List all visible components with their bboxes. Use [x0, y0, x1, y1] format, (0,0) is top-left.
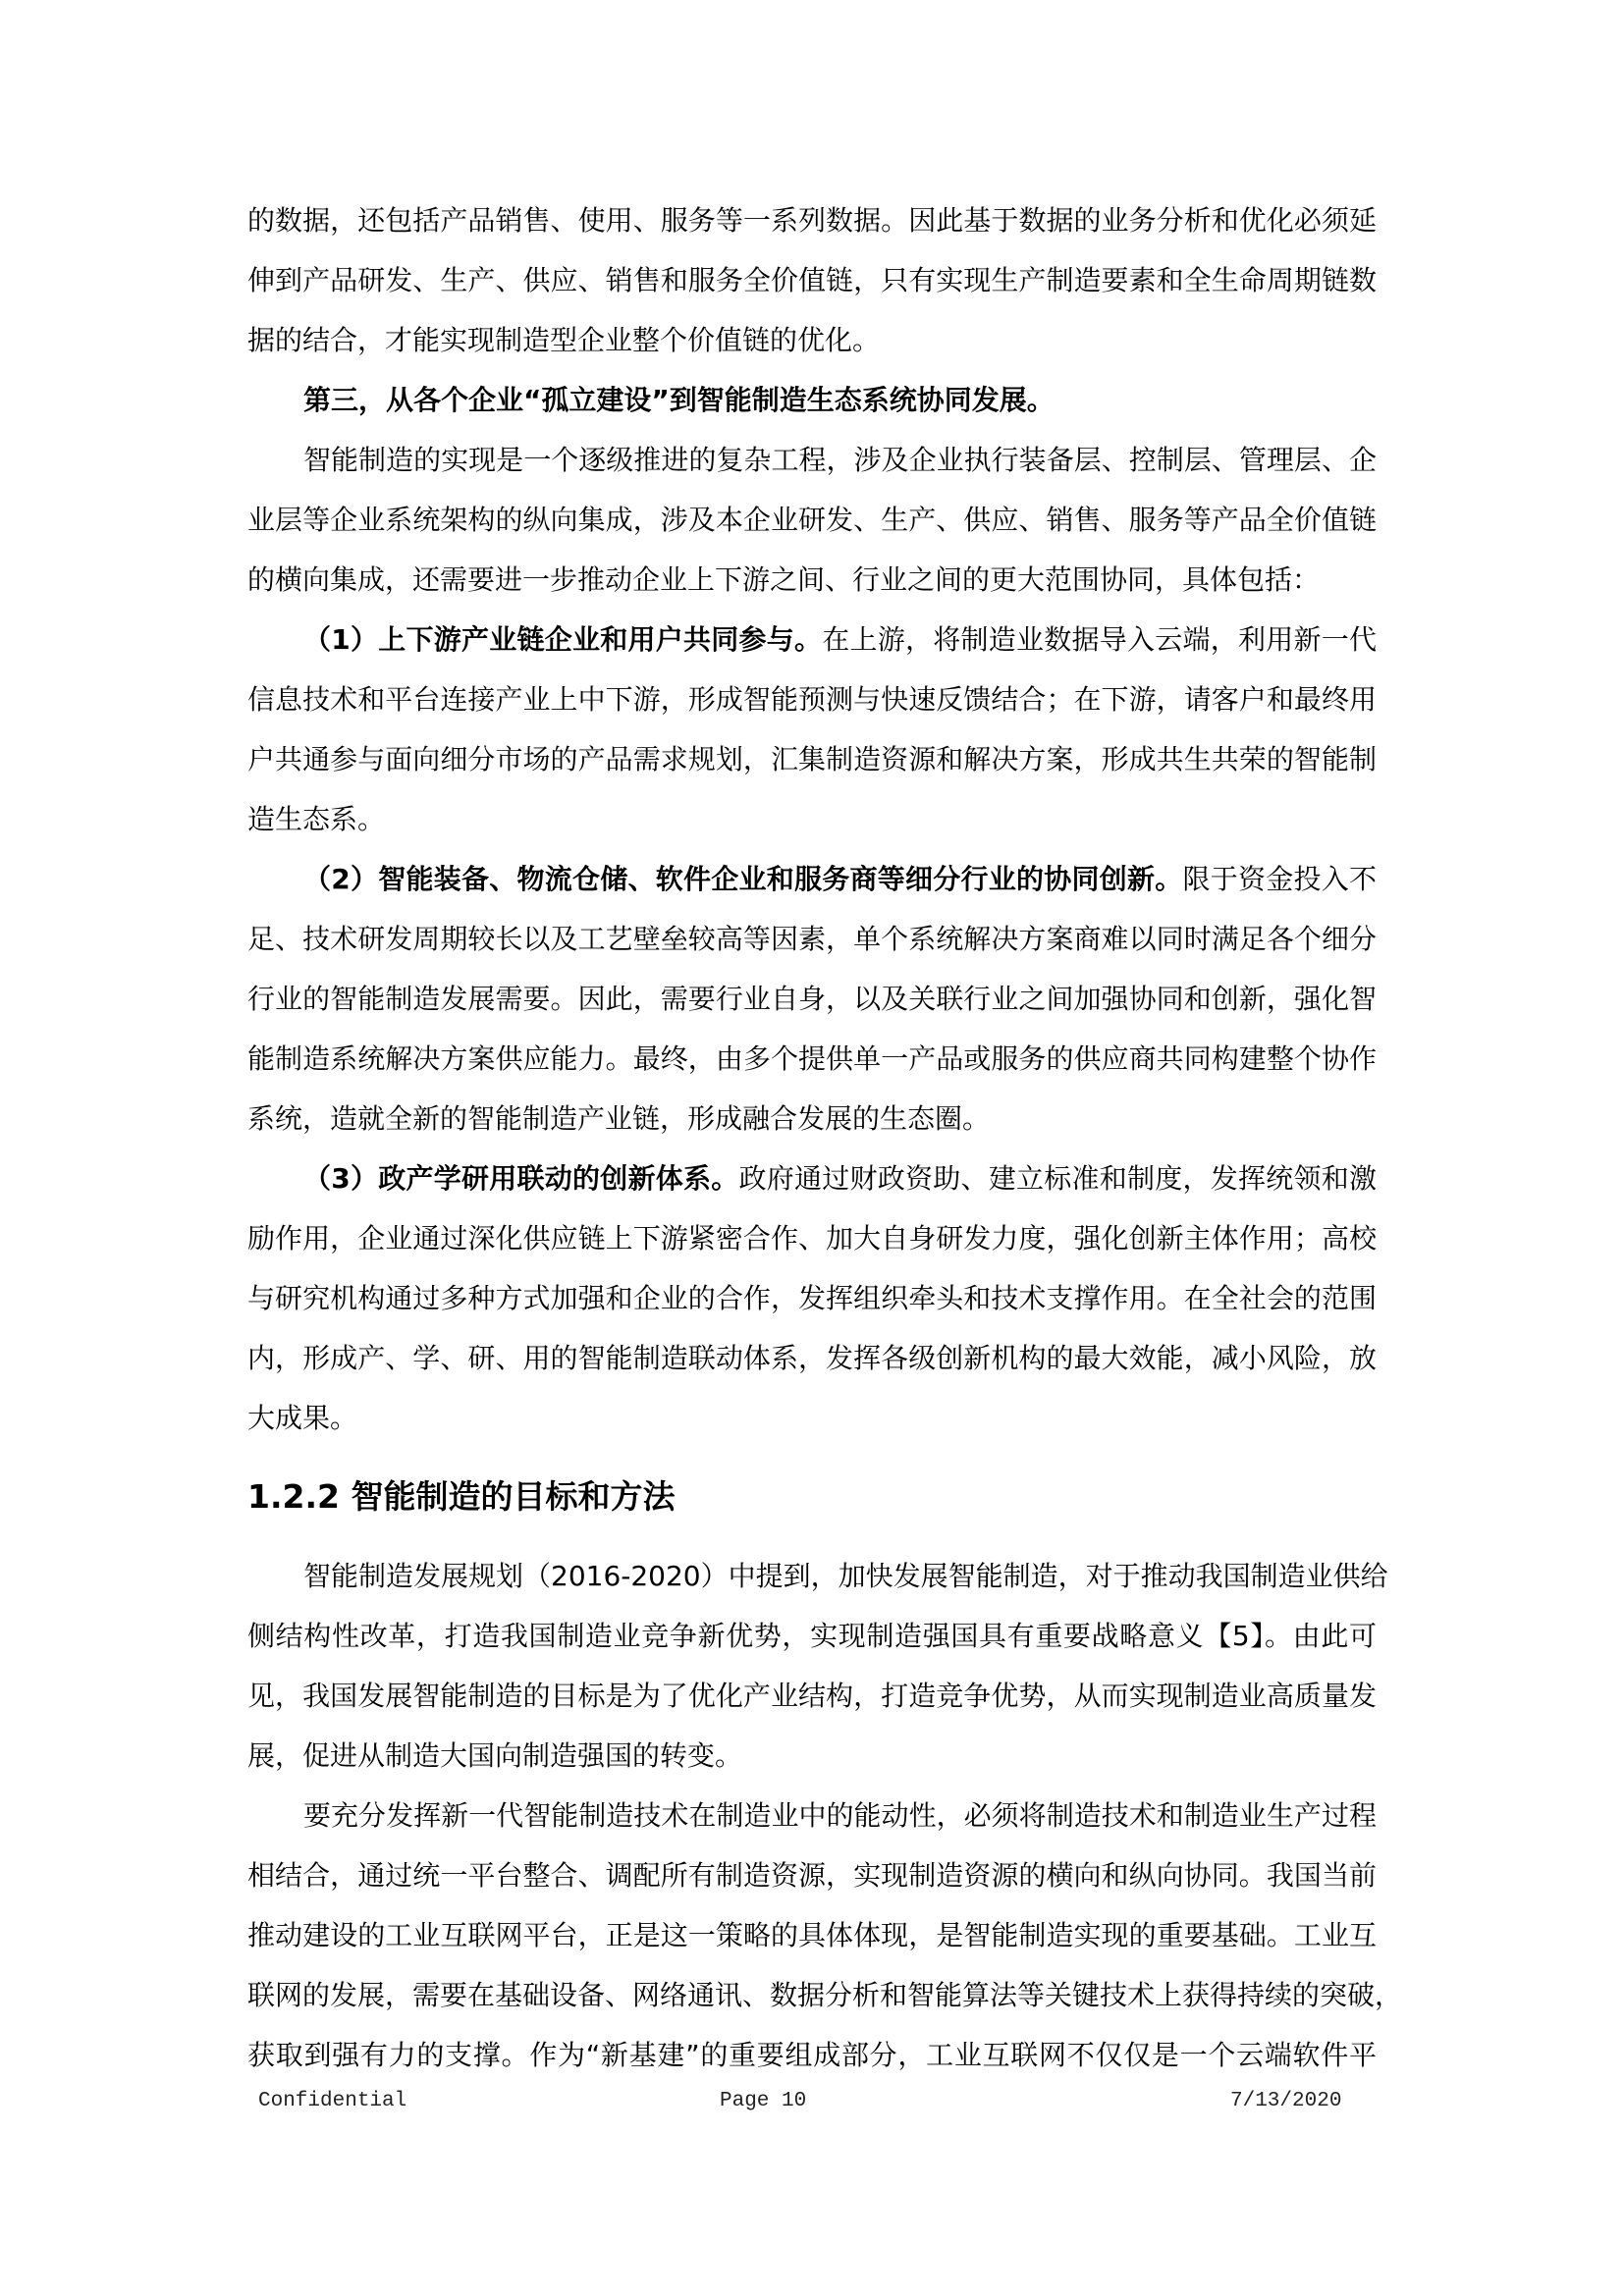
- body-text-line: 推动建设的工业互联网平台，正是这一策略的具体体现，是智能制造实现的重要基础。工业…: [247, 1916, 1377, 1955]
- list-item-1-text: 在上游，将制造业数据导入云端，利用新一代: [822, 623, 1377, 656]
- list-item-2-title: （2）智能装备、物流仓储、软件企业和服务商等细分行业的协同创新。: [303, 863, 1182, 895]
- body-text-line: 要充分发挥新一代智能制造技术在制造业中的能动性，必须将制造技术和制造业生产过程: [303, 1796, 1377, 1836]
- body-text-line: 智能制造发展规划（2016-2020）中提到，加快发展智能制造，对于推动我国制造…: [303, 1557, 1377, 1596]
- body-text-line: 智能制造的实现是一个逐级推进的复杂工程，涉及企业执行装备层、控制层、管理层、企: [303, 441, 1377, 480]
- point-three-title: 第三，从各个企业“孤立建设”到智能制造生态系统协同发展。: [303, 381, 1377, 420]
- body-text-line: 侧结构性改革，打造我国制造业竞争新优势，实现制造强国具有重要战略意义【5】。由此…: [247, 1617, 1377, 1656]
- document-page: 的数据，还包括产品销售、使用、服务等一系列数据。因此基于数据的业务分析和优化必须…: [0, 0, 1624, 2296]
- body-text-line: 见，我国发展智能制造的目标是为了优化产业结构，打造竞争优势，从而实现制造业高质量…: [247, 1677, 1377, 1716]
- section-heading: 1.2.2 智能制造的目标和方法: [247, 1475, 675, 1519]
- list-item-3-text: 政府通过财政资助、建立标准和制度，发挥统领和激: [738, 1162, 1377, 1195]
- body-text-line: 业层等企业系统架构的纵向集成，涉及本企业研发、生产、供应、销售、服务等产品全价值…: [247, 501, 1377, 540]
- list-item-2-text: 限于资金投入不: [1182, 863, 1377, 895]
- list-item-1-title: （1）上下游产业链企业和用户共同参与。: [303, 623, 822, 656]
- body-text-line: 相结合，通过统一平台整合、调配所有制造资源，实现制造资源的横向和纵向协同。我国当…: [247, 1856, 1377, 1896]
- body-text-line: 联网的发展，需要在基础设备、网络通讯、数据分析和智能算法等关键技术上获得持续的突…: [247, 1976, 1377, 2015]
- body-text-line: 内，形成产、学、研、用的智能制造联动体系，发挥各级创新机构的最大效能，减小风险，…: [247, 1339, 1377, 1378]
- list-item-3-first-line: （3）政产学研用联动的创新体系。政府通过财政资助、建立标准和制度，发挥统领和激: [303, 1159, 1377, 1199]
- body-text-line: 与研究机构通过多种方式加强和企业的合作，发挥组织牵头和技术支撑作用。在全社会的范…: [247, 1279, 1377, 1318]
- body-text-line: 户共通参与面向细分市场的产品需求规划，汇集制造资源和解决方案，形成共生共荣的智能…: [247, 740, 1377, 779]
- body-text-line: 行业的智能制造发展需要。因此，需要行业自身，以及关联行业之间加强协同和创新，强化…: [247, 980, 1377, 1019]
- body-text-line: 励作用，企业通过深化供应链上下游紧密合作、加大自身研发力度，强化创新主体作用；高…: [247, 1219, 1377, 1258]
- list-item-1-first-line: （1）上下游产业链企业和用户共同参与。在上游，将制造业数据导入云端，利用新一代: [303, 620, 1377, 660]
- body-text-line: 展，促进从制造大国向制造强国的转变。: [247, 1736, 1377, 1776]
- body-text-line: 大成果。: [247, 1399, 1377, 1438]
- body-text-line: 的数据，还包括产品销售、使用、服务等一系列数据。因此基于数据的业务分析和优化必须…: [247, 201, 1377, 240]
- footer-date: 7/13/2020: [1230, 2089, 1341, 2114]
- list-item-2-first-line: （2）智能装备、物流仓储、软件企业和服务商等细分行业的协同创新。限于资金投入不: [303, 860, 1377, 899]
- footer-page-number: Page 10: [720, 2089, 806, 2114]
- footer-confidential: Confidential: [258, 2089, 406, 2114]
- body-text-line: 据的结合，才能实现制造型企业整个价值链的优化。: [247, 321, 1377, 360]
- body-text-line: 造生态系。: [247, 800, 1377, 839]
- body-text-line: 的横向集成，还需要进一步推动企业上下游之间、行业之间的更大范围协同，具体包括：: [247, 561, 1377, 600]
- list-item-3-title: （3）政产学研用联动的创新体系。: [303, 1162, 738, 1195]
- body-text-line: 系统，造就全新的智能制造产业链，形成融合发展的生态圈。: [247, 1099, 1377, 1139]
- body-text-line: 获取到强有力的支撑。作为“新基建”的重要组成部分，工业互联网不仅仅是一个云端软件…: [247, 2036, 1377, 2075]
- body-text-line: 信息技术和平台连接产业上中下游，形成智能预测与快速反馈结合；在下游，请客户和最终…: [247, 680, 1377, 720]
- body-text-line: 伸到产品研发、生产、供应、销售和服务全价值链，只有实现生产制造要素和全生命周期链…: [247, 261, 1377, 300]
- body-text-line: 能制造系统解决方案供应能力。最终，由多个提供单一产品或服务的供应商共同构建整个协…: [247, 1040, 1377, 1079]
- body-text-line: 足、技术研发周期较长以及工艺壁垒较高等因素，单个系统解决方案商难以同时满足各个细…: [247, 920, 1377, 959]
